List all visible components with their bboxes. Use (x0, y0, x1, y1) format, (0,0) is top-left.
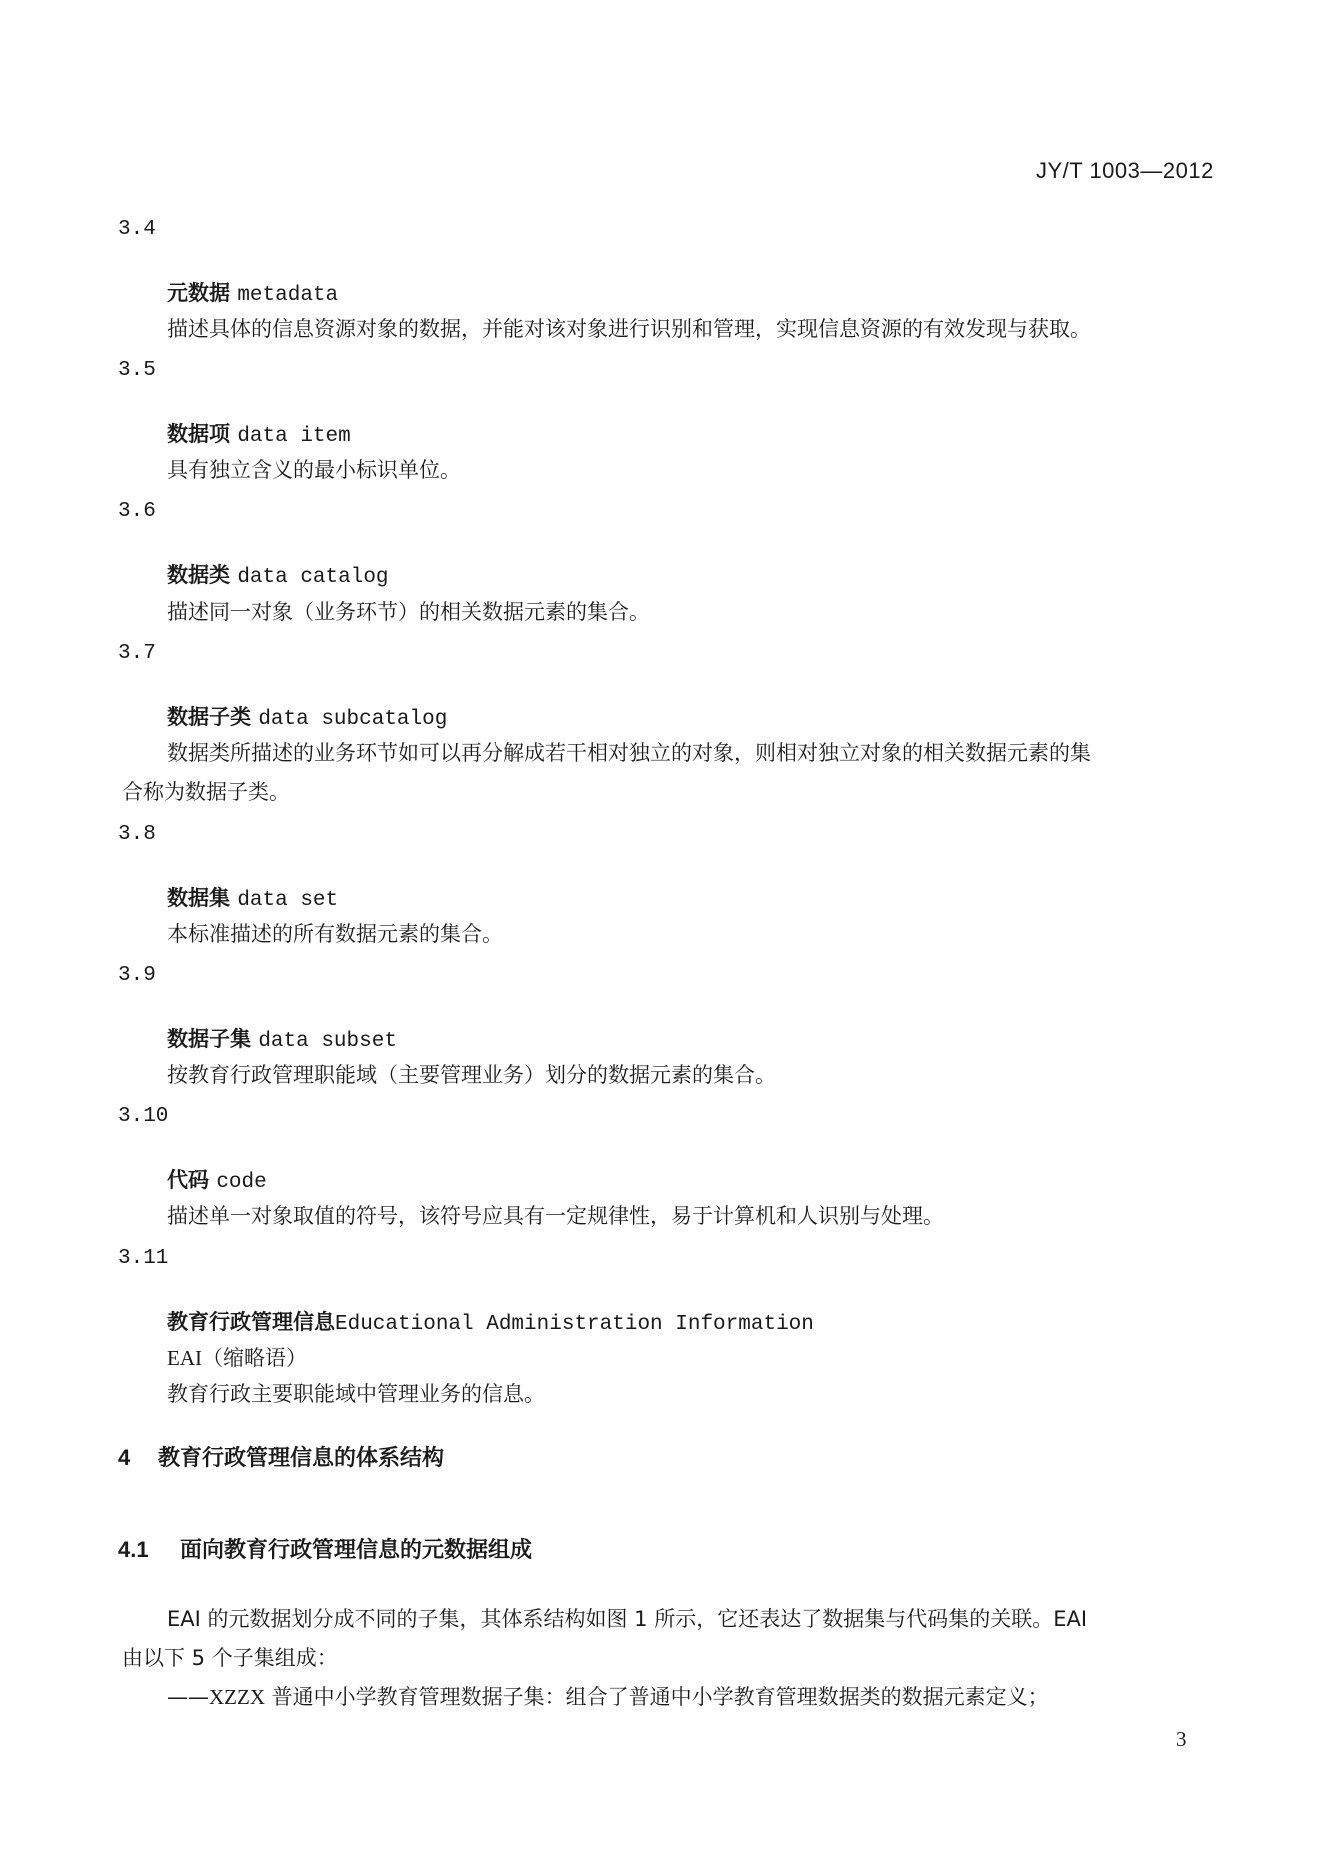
term-zh: 数据集 (167, 886, 230, 910)
paragraph-line-1: EAI 的元数据划分成不同的子集，其体系结构如图 1 所示，它还表达了数据集与代… (167, 1603, 1087, 1633)
term-en: data set (237, 889, 338, 912)
term-definition-line-2: 合称为数据子类。 (122, 776, 290, 806)
term-definition-line-1: 数据类所描述的业务环节如可以再分解成若干相对独立的对象，则相对独立对象的相关数据… (167, 737, 1091, 767)
term-title: 数据项 data item (167, 418, 351, 448)
term-en: Educational Administration Information (335, 1313, 814, 1336)
list-item-text: 普通中小学教育管理数据子集：组合了普通中小学教育管理数据类的数据元素定义； (265, 1685, 1049, 1709)
term-number: 3.4 (118, 218, 156, 241)
term-number: 3.5 (118, 359, 156, 382)
term-en: metadata (237, 284, 338, 307)
term-zh: 数据子类 (167, 705, 251, 729)
term-en: data item (237, 425, 350, 448)
term-definition: 按教育行政管理职能域（主要管理业务）划分的数据元素的集合。 (167, 1059, 776, 1089)
term-definition: 描述同一对象（业务环节）的相关数据元素的集合。 (167, 596, 650, 626)
term-zh: 数据类 (167, 563, 230, 587)
section-number: 4 (118, 1445, 158, 1471)
subset-code: XZZX (209, 1685, 265, 1709)
term-number: 3.6 (118, 500, 156, 523)
term-definition: 描述单一对象取值的符号，该符号应具有一定规律性，易于计算机和人识别与处理。 (167, 1200, 944, 1230)
term-en: data subcatalog (258, 708, 447, 731)
term-definition: 具有独立含义的最小标识单位。 (167, 454, 461, 484)
term-title: 数据子类 data subcatalog (167, 701, 447, 731)
term-number: 3.10 (118, 1105, 168, 1128)
term-zh: 数据子集 (167, 1027, 251, 1051)
term-zh: 代码 (167, 1168, 209, 1192)
page-number: 3 (1176, 1727, 1187, 1752)
section-title: 教育行政管理信息的体系结构 (158, 1446, 444, 1471)
term-definition: 本标准描述的所有数据元素的集合。 (167, 918, 503, 948)
term-number: 3.11 (118, 1247, 168, 1270)
term-title: 数据类 data catalog (167, 559, 389, 589)
subsection-heading: 4.1面向教育行政管理信息的元数据组成 (118, 1533, 532, 1564)
term-number: 3.9 (118, 964, 156, 987)
term-en: code (216, 1171, 266, 1194)
term-zh: 元数据 (167, 281, 230, 305)
subsection-number: 4.1 (118, 1537, 180, 1563)
term-en: data subset (258, 1030, 397, 1053)
list-dash: —— (167, 1685, 209, 1709)
term-en: data catalog (237, 566, 388, 589)
standard-number-header: JY/T 1003—2012 (1036, 158, 1214, 184)
term-zh: 数据项 (167, 422, 230, 446)
term-number: 3.7 (118, 642, 156, 665)
term-title: 教育行政管理信息Educational Administration Infor… (167, 1306, 814, 1336)
section-heading: 4教育行政管理信息的体系结构 (118, 1441, 444, 1472)
term-definition: 描述具体的信息资源对象的数据，并能对该对象进行识别和管理，实现信息资源的有效发现… (167, 313, 1091, 343)
paragraph-line-2: 由以下 5 个子集组成： (122, 1642, 338, 1672)
term-title: 数据子集 data subset (167, 1023, 397, 1053)
term-number: 3.8 (118, 823, 156, 846)
list-item: ——XZZX 普通中小学教育管理数据子集：组合了普通中小学教育管理数据类的数据元… (167, 1681, 1049, 1711)
term-title: 元数据 metadata (167, 277, 338, 307)
term-title: 代码 code (167, 1164, 267, 1194)
term-definition: 教育行政主要职能域中管理业务的信息。 (167, 1378, 545, 1408)
term-zh: 教育行政管理信息 (167, 1310, 335, 1334)
term-title: 数据集 data set (167, 882, 338, 912)
subsection-title: 面向教育行政管理信息的元数据组成 (180, 1538, 532, 1563)
term-abbreviation: EAI（缩略语） (167, 1342, 307, 1372)
